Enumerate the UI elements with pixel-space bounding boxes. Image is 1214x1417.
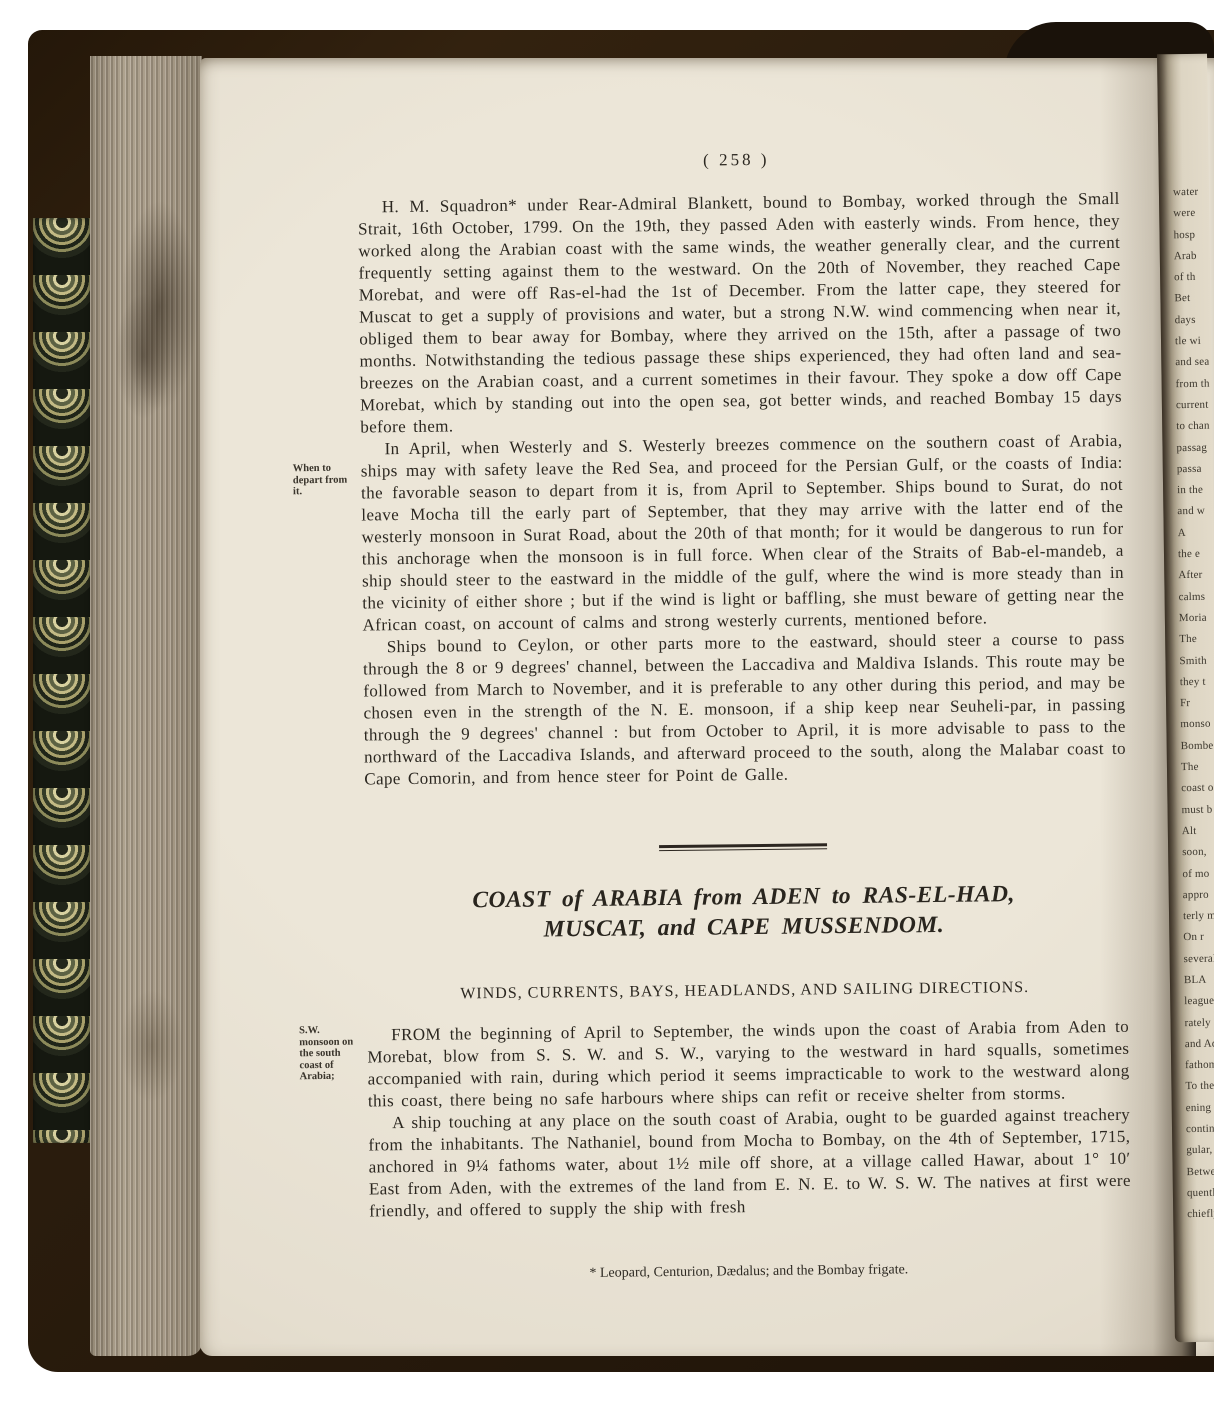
next-page-text-fragment: On r xyxy=(1183,927,1214,949)
section-subheading: WINDS, CURRENTS, BAYS, HEADLANDS, AND SA… xyxy=(265,977,1214,1006)
next-page-text-fragment: Betwe xyxy=(1186,1161,1214,1183)
next-page-text-fragment: Arab xyxy=(1174,245,1214,267)
next-page-text-fragment: The xyxy=(1181,757,1214,779)
page-number: ( 258 ) xyxy=(355,146,1117,175)
next-page-text-fragment: of mo xyxy=(1182,863,1214,885)
next-page-text-fragment: A xyxy=(1178,522,1214,544)
next-page-text-fragment: fathoms xyxy=(1185,1055,1214,1077)
section-divider-rule xyxy=(659,843,827,851)
next-page-text-fragment: and Ade xyxy=(1185,1033,1214,1055)
next-page-text-fragment: days xyxy=(1175,309,1214,331)
next-page-text-fragment: Smith xyxy=(1179,650,1214,672)
next-page-text-fragment: continues xyxy=(1186,1119,1214,1141)
next-page-text-fragment: to chan xyxy=(1176,416,1214,438)
next-page-text-fragment: Fr xyxy=(1180,693,1214,715)
next-page-text-fragment: and sea xyxy=(1175,352,1214,374)
next-page-text-fragment: current xyxy=(1176,395,1214,417)
next-page-text-fragment: gular, fo xyxy=(1186,1140,1214,1162)
next-page-text-fragment: passag xyxy=(1176,437,1214,459)
next-page-text-fragment: of th xyxy=(1174,267,1214,289)
next-page-text-fragment: soon, xyxy=(1182,842,1214,864)
next-page-text-fragment: hosp xyxy=(1173,224,1214,246)
next-page-text-fragment: coast o xyxy=(1181,778,1214,800)
next-page-text-fragment: calms xyxy=(1178,586,1214,608)
paragraph-april-departure: In April, when Westerly and S. Westerly … xyxy=(360,430,1124,637)
next-page-text: waterwerehospArabof thBetdaystle wiand s… xyxy=(1173,182,1214,1226)
paragraph-squadron: H. M. Squadron* under Rear-Admiral Blank… xyxy=(358,188,1123,439)
next-page-text-fragment: BLA xyxy=(1184,969,1214,991)
next-page-text-fragment: Bet xyxy=(1174,288,1214,310)
next-page-text-fragment: tle wi xyxy=(1175,331,1214,353)
footnote: * Leopard, Centurion, Dædalus; and the B… xyxy=(368,1260,1130,1285)
next-page-text-fragment: chiefly t xyxy=(1187,1204,1214,1226)
lower-text-block: FROM the beginning of April to September… xyxy=(367,1016,1131,1223)
section-heading-line1: COAST of ARABIA from ADEN to RAS-EL-HAD, xyxy=(472,881,1015,913)
page-content: ( 258 ) H. M. Squadron* under Rear-Admir… xyxy=(194,53,1214,1362)
paragraph-ceylon-route: Ships bound to Ceylon, or other parts mo… xyxy=(363,628,1127,791)
next-page-text-fragment: were xyxy=(1173,203,1214,225)
page-block-fore-edge xyxy=(90,56,202,1356)
next-page-text-fragment: in the xyxy=(1177,480,1214,502)
rule-thick-line xyxy=(659,843,827,848)
next-page-text-fragment: appro xyxy=(1183,884,1214,906)
paragraph-nathaniel: A ship touching at any place on the sout… xyxy=(368,1104,1131,1223)
next-page-text-fragment: several xyxy=(1184,948,1214,970)
next-page-text-fragment: Moria xyxy=(1179,607,1214,629)
margin-note-sw-monsoon: S.W. monsoon on the south coast of Arabi… xyxy=(299,1025,362,1083)
paragraph-sw-monsoon: FROM the beginning of April to September… xyxy=(367,1016,1130,1113)
next-page-text-fragment: monso xyxy=(1180,714,1214,736)
next-page-text-fragment: leagues, xyxy=(1184,991,1214,1013)
next-page-text-fragment: ening in xyxy=(1186,1097,1214,1119)
upper-text-block: H. M. Squadron* under Rear-Admiral Blank… xyxy=(358,188,1127,791)
section-heading: COAST of ARABIA from ADEN to RAS-EL-HAD,… xyxy=(263,877,1214,948)
next-page-text-fragment: Alt xyxy=(1182,820,1214,842)
section-heading-line2: MUSCAT, and CAPE MUSSENDOM. xyxy=(544,912,945,943)
next-page-text-fragment: the e xyxy=(1178,544,1214,566)
next-page-text-fragment: water xyxy=(1173,182,1214,204)
next-page-text-fragment: After xyxy=(1178,565,1214,587)
next-page-text-fragment: must b xyxy=(1181,799,1214,821)
next-page-text-fragment: terly m xyxy=(1183,906,1214,928)
next-page-text-fragment: passa xyxy=(1177,458,1214,480)
next-page-text-fragment: To the xyxy=(1185,1076,1214,1098)
next-page-text-fragment: and w xyxy=(1177,501,1214,523)
marbled-endpaper-edge xyxy=(33,218,91,1143)
book: ( 258 ) H. M. Squadron* under Rear-Admir… xyxy=(28,30,1214,1372)
next-page-text-fragment: Bombe xyxy=(1181,735,1214,757)
next-page-text-fragment: The xyxy=(1179,629,1214,651)
photo-background: ( 258 ) H. M. Squadron* under Rear-Admir… xyxy=(0,0,1214,1417)
next-page-text-fragment: quently xyxy=(1187,1182,1214,1204)
book-page: ( 258 ) H. M. Squadron* under Rear-Admir… xyxy=(200,58,1214,1356)
rule-thin-line xyxy=(659,848,827,851)
next-page-text-fragment: from th xyxy=(1175,373,1214,395)
next-page-text-fragment: rately el xyxy=(1184,1012,1214,1034)
next-page-text-fragment: they t xyxy=(1180,671,1214,693)
margin-note-when-to-depart: When to depart from it. xyxy=(293,463,355,498)
